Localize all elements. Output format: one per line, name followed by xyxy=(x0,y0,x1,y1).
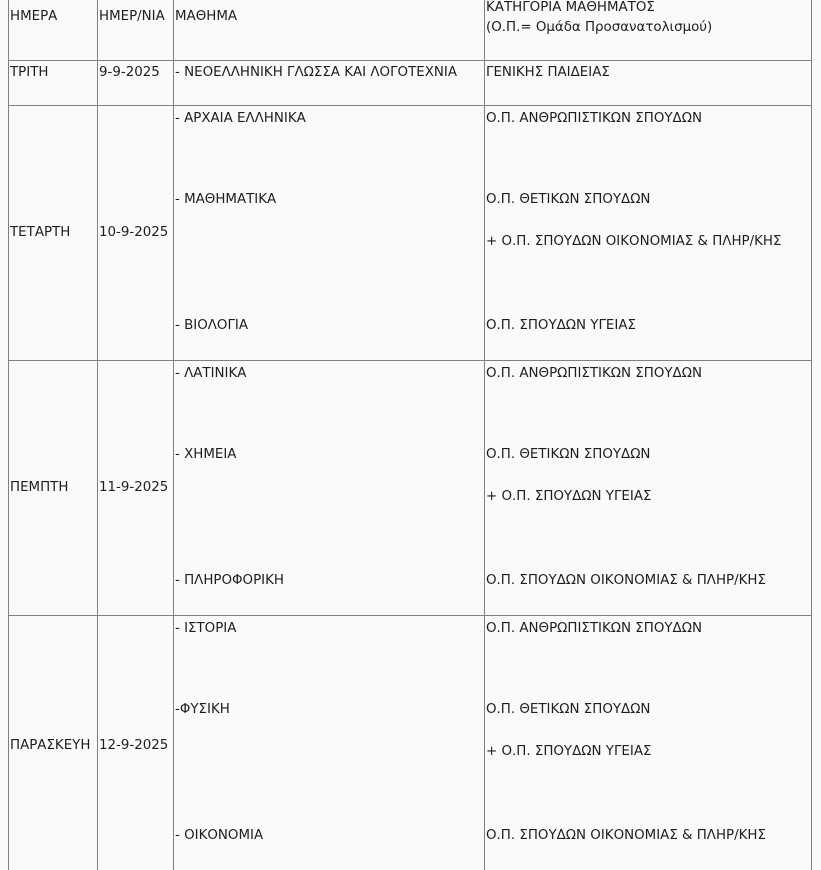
subject-item: - ΙΣΤΟΡΙΑ xyxy=(175,616,483,658)
row-subjects: - ΑΡΧΑΙΑ ΕΛΛΗΝΙΚΑ - ΜΑΘΗΜΑΤΙΚΑ - ΒΙΟΛΟΓΙ… xyxy=(174,106,485,361)
category-item: Ο.Π. ΑΝΘΡΩΠΙΣΤΙΚΩΝ ΣΠΟΥΔΩΝ xyxy=(486,361,810,403)
row-date: 10-9-2025 xyxy=(98,106,174,361)
category-item: Ο.Π. ΣΠΟΥΔΩΝ ΟΙΚΟΝΟΜΙΑΣ & ΠΛΗΡ/ΚΗΣ xyxy=(486,571,810,613)
subject-item: - ΒΙΟΛΟΓΙΑ xyxy=(175,316,483,358)
subject-item: - ΜΑΘΗΜΑΤΙΚΑ xyxy=(175,190,483,232)
category-item: Ο.Π. ΘΕΤΙΚΩΝ ΣΠΟΥΔΩΝ xyxy=(486,700,810,742)
header-category: ΚΑΤΗΓΟΡΙΑ ΜΑΘΗΜΑΤΟΣ (Ο.Π.= Ομάδα Προσανα… xyxy=(485,0,812,61)
table-row: ΤΕΤΑΡΤΗ 10-9-2025 - ΑΡΧΑΙΑ ΕΛΛΗΝΙΚΑ - ΜΑ… xyxy=(9,106,812,361)
header-category-note: (Ο.Π.= Ομάδα Προσανατολισμού) xyxy=(486,18,810,38)
row-categories: Ο.Π. ΑΝΘΡΩΠΙΣΤΙΚΩΝ ΣΠΟΥΔΩΝ Ο.Π. ΘΕΤΙΚΩΝ … xyxy=(485,616,812,870)
category-item: Ο.Π. ΑΝΘΡΩΠΙΣΤΙΚΩΝ ΣΠΟΥΔΩΝ xyxy=(486,616,810,658)
row-day: ΤΕΤΑΡΤΗ xyxy=(9,106,98,361)
category-item: + Ο.Π. ΣΠΟΥΔΩΝ ΥΓΕΙΑΣ xyxy=(486,742,810,784)
subject-item: -ΦΥΣΙΚΗ xyxy=(175,700,483,742)
category-item: + Ο.Π. ΣΠΟΥΔΩΝ ΟΙΚΟΝΟΜΙΑΣ & ΠΛΗΡ/ΚΗΣ xyxy=(486,232,810,274)
table-row: ΠΕΜΠΤΗ 11-9-2025 - ΛΑΤΙΝΙΚΑ - ΧΗΜΕΙΑ - Π… xyxy=(9,361,812,616)
row-date: 12-9-2025 xyxy=(98,616,174,870)
table-header-row: ΗΜΕΡΑ ΗΜΕΡ/ΝΙΑ ΜΑΘΗΜΑ ΚΑΤΗΓΟΡΙΑ ΜΑΘΗΜΑΤΟ… xyxy=(9,0,812,61)
subject-item: - ΠΛΗΡΟΦΟΡΙΚΗ xyxy=(175,571,483,613)
subject-item: - ΛΑΤΙΝΙΚΑ xyxy=(175,361,483,403)
row-category: ΓΕΝΙΚΗΣ ΠΑΙΔΕΙΑΣ xyxy=(485,61,812,106)
category-item: Ο.Π. ΣΠΟΥΔΩΝ ΟΙΚΟΝΟΜΙΑΣ & ΠΛΗΡ/ΚΗΣ xyxy=(486,826,810,868)
row-date: 9-9-2025 xyxy=(98,61,174,106)
category-item: Ο.Π. ΘΕΤΙΚΩΝ ΣΠΟΥΔΩΝ xyxy=(486,445,810,487)
row-subjects: - ΙΣΤΟΡΙΑ -ΦΥΣΙΚΗ - ΟΙΚΟΝΟΜΙΑ xyxy=(174,616,485,870)
category-item: Ο.Π. ΑΝΘΡΩΠΙΣΤΙΚΩΝ ΣΠΟΥΔΩΝ xyxy=(486,106,810,148)
row-subjects: - ΛΑΤΙΝΙΚΑ - ΧΗΜΕΙΑ - ΠΛΗΡΟΦΟΡΙΚΗ xyxy=(174,361,485,616)
header-day: ΗΜΕΡΑ xyxy=(9,0,98,61)
row-day: ΠΕΜΠΤΗ xyxy=(9,361,98,616)
subject-item: - ΟΙΚΟΝΟΜΙΑ xyxy=(175,826,483,868)
row-day: ΠΑΡΑΣΚΕΥΗ xyxy=(9,616,98,870)
category-item: + Ο.Π. ΣΠΟΥΔΩΝ ΥΓΕΙΑΣ xyxy=(486,487,810,529)
category-item: Ο.Π. ΣΠΟΥΔΩΝ ΥΓΕΙΑΣ xyxy=(486,316,810,358)
subject-item: - ΧΗΜΕΙΑ xyxy=(175,445,483,487)
table-row: ΠΑΡΑΣΚΕΥΗ 12-9-2025 - ΙΣΤΟΡΙΑ -ΦΥΣΙΚΗ - … xyxy=(9,616,812,870)
category-item: Ο.Π. ΘΕΤΙΚΩΝ ΣΠΟΥΔΩΝ xyxy=(486,190,810,232)
exam-schedule-table: ΗΜΕΡΑ ΗΜΕΡ/ΝΙΑ ΜΑΘΗΜΑ ΚΑΤΗΓΟΡΙΑ ΜΑΘΗΜΑΤΟ… xyxy=(8,0,812,870)
header-subject: ΜΑΘΗΜΑ xyxy=(174,0,485,61)
row-subject: - ΝΕΟΕΛΛΗΝΙΚΗ ΓΛΩΣΣΑ ΚΑΙ ΛΟΓΟΤΕΧΝΙΑ xyxy=(174,61,485,106)
header-date: ΗΜΕΡ/ΝΙΑ xyxy=(98,0,174,61)
row-categories: Ο.Π. ΑΝΘΡΩΠΙΣΤΙΚΩΝ ΣΠΟΥΔΩΝ Ο.Π. ΘΕΤΙΚΩΝ … xyxy=(485,361,812,616)
header-category-title: ΚΑΤΗΓΟΡΙΑ ΜΑΘΗΜΑΤΟΣ xyxy=(486,0,810,18)
row-categories: Ο.Π. ΑΝΘΡΩΠΙΣΤΙΚΩΝ ΣΠΟΥΔΩΝ Ο.Π. ΘΕΤΙΚΩΝ … xyxy=(485,106,812,361)
table-row: ΤΡΙΤΗ 9-9-2025 - ΝΕΟΕΛΛΗΝΙΚΗ ΓΛΩΣΣΑ ΚΑΙ … xyxy=(9,61,812,106)
exam-schedule: ΗΜΕΡΑ ΗΜΕΡ/ΝΙΑ ΜΑΘΗΜΑ ΚΑΤΗΓΟΡΙΑ ΜΑΘΗΜΑΤΟ… xyxy=(8,0,812,870)
subject-item: - ΑΡΧΑΙΑ ΕΛΛΗΝΙΚΑ xyxy=(175,106,483,148)
row-day: ΤΡΙΤΗ xyxy=(9,61,98,106)
row-date: 11-9-2025 xyxy=(98,361,174,616)
